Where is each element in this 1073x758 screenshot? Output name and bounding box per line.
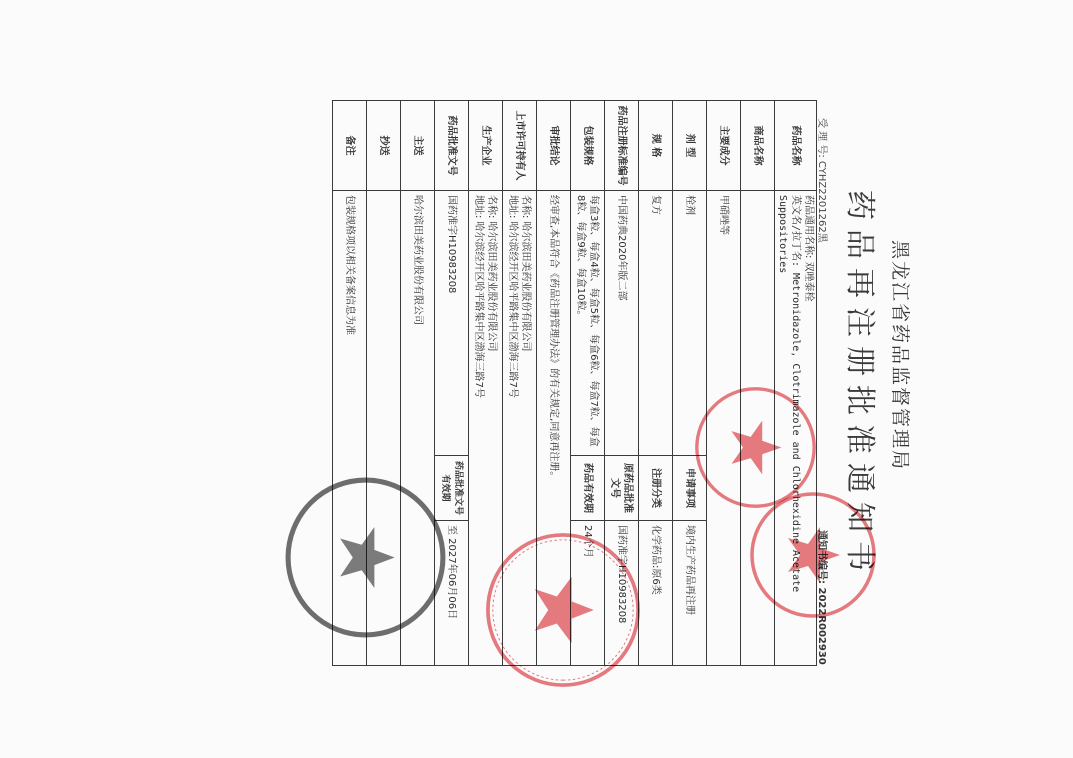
holder-value: 名称: 哈尔滨田美药业股份有限公司 地址: 哈尔滨经开区哈平路集中区渤海三路7号 [503,191,537,666]
table-row: 药品名称 药品通用名称: 双唑泰栓 英文名/拉丁名: Metronidazole… [775,101,817,666]
ingredients-value: 甲硝唑等 [707,191,741,666]
packaging-label: 包装规格 [571,101,605,191]
approval-no-value: 国药准字H10983208 [435,191,469,456]
drug-name-value: 药品通用名称: 双唑泰栓 英文名/拉丁名: Metronidazole, Clo… [775,191,817,666]
holder-address: 地址: 哈尔滨经开区哈平路集中区渤海三路7号 [507,195,520,661]
english-name: 英文名/拉丁名: Metronidazole, Clotrimazole and… [776,195,802,661]
reference-value: CYHZ2201262黑 [816,161,827,243]
notice-value: 2022R002930 [816,587,827,664]
table-row: 主送 哈尔滨田美药业股份有限公司 [401,101,435,666]
cc-label: 抄送 [367,101,401,191]
remarks-value: 包装规格项以相关备案信息为准 [333,191,367,666]
generic-name: 药品通用名称: 双唑泰栓 [802,195,815,661]
original-approval-label: 原药品批准文号 [605,456,639,521]
conclusion-label: 审批结论 [537,101,571,191]
shelf-life-value: 24个月 [571,521,605,666]
approval-validity-value: 至 2027年06月06日 [435,521,469,666]
application-value: 境内生产药品再注册 [673,521,707,666]
dosage-form-value: 栓剂 [673,191,707,456]
table-row: 包装规格 每盒3粒、每盒4粒、每盒5粒、每盒6粒、每盒7粒、每盒8粒、每盒9粒、… [571,101,605,666]
dosage-form-label: 剂 型 [673,101,707,191]
application-label: 申请事项 [673,456,707,521]
send-to-label: 主送 [401,101,435,191]
reference-number: 受 理 号: CYHZ2201262黑 [816,118,831,243]
shelf-life-label: 药品有效期 [571,456,605,521]
approval-no-label: 药品批准文号 [435,101,469,191]
table-row: 抄送 [367,101,401,666]
holder-name: 名称: 哈尔滨田美药业股份有限公司 [520,195,533,661]
remarks-label: 备注 [333,101,367,191]
packaging-value: 每盒3粒、每盒4粒、每盒5粒、每盒6粒、每盒7粒、每盒8粒、每盒9粒、每盒10粒… [571,191,605,456]
original-approval-value: 国药准字H10983208 [605,521,639,666]
registration-class-value: 化学药品:原6类 [639,521,673,666]
document-title: 药品再注册批准通知书 [841,190,885,580]
standard-label: 药品注册标准编号 [605,101,639,191]
trade-name-value [741,191,775,666]
manufacturer-address: 地址: 哈尔滨经开区哈平路集中区渤海三路7号 [473,195,486,661]
notice-number: 通知书编号: 2022R002930 [816,530,831,665]
manufacturer-name: 名称: 哈尔滨田美药业股份有限公司 [486,195,499,661]
registration-class-label: 注册分类 [639,456,673,521]
table-row: 药品注册标准编号 中国药典2020年版二部 原药品批准文号 国药准字H10983… [605,101,639,666]
agency-name: 黑龙江省药品监督管理局 [888,240,915,471]
manufacturer-value: 名称: 哈尔滨田美药业股份有限公司 地址: 哈尔滨经开区哈平路集中区渤海三路7号 [469,191,503,666]
standard-value: 中国药典2020年版二部 [605,191,639,456]
ingredients-label: 主要成分 [707,101,741,191]
specification-value: 复方 [639,191,673,456]
table-row: 主要成分 甲硝唑等 [707,101,741,666]
drug-name-label: 药品名称 [775,101,817,191]
table-row: 规 格 复方 注册分类 化学药品:原6类 [639,101,673,666]
table-row: 生产企业 名称: 哈尔滨田美药业股份有限公司 地址: 哈尔滨经开区哈平路集中区渤… [469,101,503,666]
approval-notice-page: 黑龙江省药品监督管理局 药品再注册批准通知书 受 理 号: CYHZ220126… [0,0,1073,758]
table-row: 商品名称 [741,101,775,666]
holder-label: 上市许可持有人 [503,101,537,191]
cc-value [367,191,401,666]
send-to-value: 哈尔滨田美药业股份有限公司 [401,191,435,666]
conclusion-value: 经审查,本品符合《药品注册管理办法》的有关规定,同意再注册。 [537,191,571,666]
notice-label: 通知书编号: [816,530,827,584]
approval-validity-label: 药品批准文号有效期 [435,456,469,521]
table-row: 药品批准文号 国药准字H10983208 药品批准文号有效期 至 2027年06… [435,101,469,666]
specification-label: 规 格 [639,101,673,191]
approval-form-table: 药品名称 药品通用名称: 双唑泰栓 英文名/拉丁名: Metronidazole… [332,100,817,666]
manufacturer-label: 生产企业 [469,101,503,191]
table-row: 备注 包装规格项以相关备案信息为准 [333,101,367,666]
trade-name-label: 商品名称 [741,101,775,191]
table-row: 审批结论 经审查,本品符合《药品注册管理办法》的有关规定,同意再注册。 [537,101,571,666]
table-row: 上市许可持有人 名称: 哈尔滨田美药业股份有限公司 地址: 哈尔滨经开区哈平路集… [503,101,537,666]
table-row: 剂 型 栓剂 申请事项 境内生产药品再注册 [673,101,707,666]
reference-label: 受 理 号: [816,118,827,158]
